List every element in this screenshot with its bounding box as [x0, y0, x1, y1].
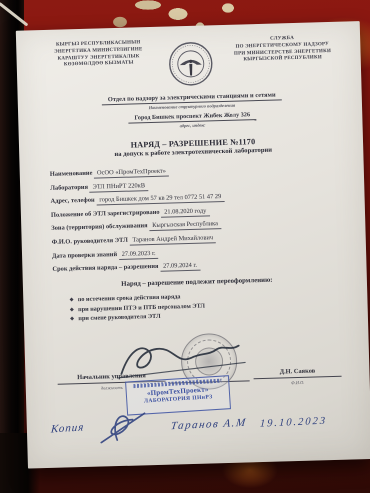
document-header: КЫРГЫЗ РЕСПУБЛИКАСЫНЫН ЭНЕРГЕТИКА МИНИСТ… — [46, 35, 335, 91]
field-label: Наименование — [50, 170, 93, 178]
field-row: Адрес, телефон город Бишкек дом 57 кв 29… — [50, 190, 338, 205]
handwritten-date: 19.10.2023 — [260, 415, 328, 429]
field-row: Ф.И.О. руководителя ЭТЛ Таранов Андрей М… — [52, 231, 340, 246]
field-value: 27.09.2023 г. — [119, 249, 159, 259]
handwritten-signature — [86, 409, 165, 445]
paper-document: КЫРГЫЗ РЕСПУБЛИКАСЫНЫН ЭНЕРГЕТИКА МИНИСТ… — [16, 21, 370, 468]
field-row: Наименование ОсОО «ПромТехПроект» — [50, 163, 338, 178]
signature-name-block: Д.Н. Саяков Ф.И.О. — [253, 367, 341, 386]
field-row: Положение об ЭТЛ зарегистрировано 21.08.… — [51, 204, 339, 219]
field-value: 21.08.2020 году — [161, 207, 210, 217]
field-row: Лаборатория ЭТЛ ПНиРТ 220кВ — [50, 176, 338, 191]
handwritten-copy-label: Копия — [50, 421, 84, 435]
handwritten-note: Копия Таранов А.М 19.10.2023 — [50, 404, 351, 446]
field-label: Адрес, телефон — [50, 197, 94, 205]
handwritten-name: Таранов А.М — [170, 417, 247, 433]
field-row: Срок действия наряда – разрешения 27.09.… — [52, 258, 340, 273]
signature-name-caption: Ф.И.О. — [254, 379, 342, 386]
agency-name-russian: СЛУЖБА ПО ЭНЕРГЕТИЧЕСКОМУ НАДЗОРУ ПРИ МИ… — [230, 35, 335, 65]
field-value: ОсОО «ПромТехПроект» — [94, 168, 169, 179]
field-value: Кыргызская Республика — [149, 220, 221, 231]
ministry-name-kyrgyz: КЫРГЫЗ РЕСПУБЛИКАСЫНЫН ЭНЕРГЕТИКА МИНИСТ… — [46, 40, 151, 70]
header-line: КЫРГЫЗСКОЙ РЕСПУБЛИКИ — [231, 55, 335, 65]
field-value: 27.09.2024 г. — [160, 262, 200, 272]
field-value: Таранов Андрей Михайлович — [129, 234, 216, 245]
fields-section: Наименование ОсОО «ПромТехПроект» Лабора… — [50, 163, 341, 273]
field-row: Зона (территория) обслуживания Кыргызска… — [51, 217, 339, 232]
round-emblem-icon — [167, 40, 214, 87]
reissue-heading: Наряд – разрешение подлежит переоформлен… — [53, 275, 341, 290]
field-label: Дата проверки знаний — [52, 251, 117, 260]
field-label: Ф.И.О. руководителя ЭТЛ — [52, 237, 128, 246]
field-row: Дата проверки знаний 27.09.2023 г. — [52, 244, 340, 259]
field-label: Положение об ЭТЛ зарегистрировано — [51, 209, 160, 219]
field-label: Лаборатория — [50, 183, 88, 191]
field-label: Срок действия наряда – разрешения — [52, 263, 158, 273]
signature-name: Д.Н. Саяков — [253, 367, 341, 379]
reissue-list: по истечении срока действия наряда при н… — [69, 289, 342, 323]
field-value: ЭТЛ ПНиРТ 220кВ — [89, 182, 148, 193]
address-line: Город Бишкек проспект Жибек Жолу 326 адр… — [48, 109, 336, 132]
field-label: Зона (территория) обслуживания — [51, 223, 147, 233]
field-value: город Бишкек дом 57 кв 29 тел 0772 51 47… — [96, 193, 224, 206]
photo-background: КЫРГЫЗ РЕСПУБЛИКАСЫНЫН ЭНЕРГЕТИКА МИНИСТ… — [0, 0, 370, 493]
